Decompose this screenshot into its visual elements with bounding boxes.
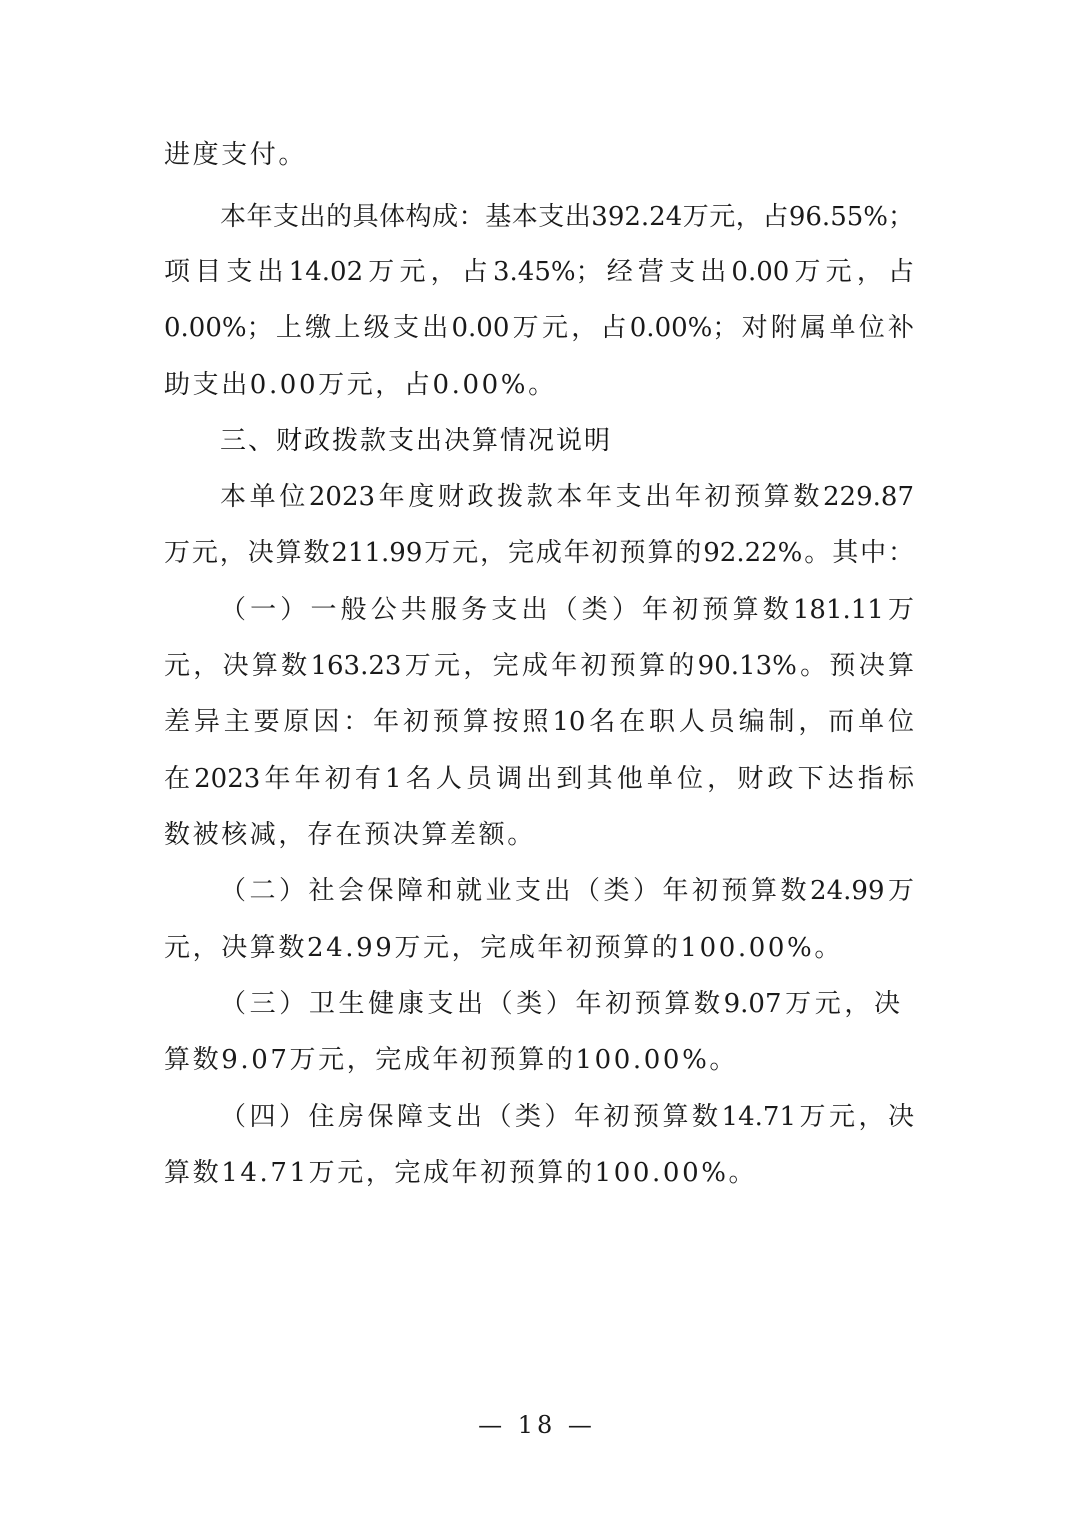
paragraph-line-total-1: 本单位2023年度财政拨款本年支出年初预算数229.87 bbox=[220, 480, 914, 514]
paragraph-line-housing-1: （四）住房保障支出（类）年初预算数14.71万元，决 bbox=[220, 1100, 914, 1134]
paragraph-line-general-public-5: 数被核减，存在预决算差额。 bbox=[164, 818, 914, 852]
paragraph-line-continuation: 进度支付。 bbox=[164, 138, 914, 172]
paragraph-line-general-public-4: 在2023年年初有1名人员调出到其他单位，财政下达指标 bbox=[164, 762, 914, 796]
paragraph-line-housing-2: 算数14.71万元，完成年初预算的100.00%。 bbox=[164, 1156, 914, 1190]
paragraph-line-social-security-2: 元，决算数24.99万元，完成年初预算的100.00%。 bbox=[164, 931, 914, 965]
paragraph-line-expense-composition-2: 项目支出14.02万元，占3.45%；经营支出0.00万元，占 bbox=[164, 255, 914, 289]
paragraph-line-expense-composition-1: 本年支出的具体构成：基本支出392.24万元，占96.55%； bbox=[220, 200, 914, 234]
section-heading: 三、财政拨款支出决算情况说明 bbox=[220, 424, 612, 458]
document-page: 进度支付。 本年支出的具体构成：基本支出392.24万元，占96.55%； 项目… bbox=[0, 0, 1074, 1520]
paragraph-line-expense-composition-4: 助支出0.00万元，占0.00%。 bbox=[164, 368, 914, 402]
paragraph-line-total-2: 万元，决算数211.99万元，完成年初预算的92.22%。其中： bbox=[164, 536, 914, 570]
paragraph-line-social-security-1: （二）社会保障和就业支出（类）年初预算数24.99万 bbox=[220, 874, 914, 908]
paragraph-line-general-public-1: （一）一般公共服务支出（类）年初预算数181.11万 bbox=[220, 593, 914, 627]
paragraph-line-health-2: 算数9.07万元，完成年初预算的100.00%。 bbox=[164, 1043, 914, 1077]
paragraph-line-health-1: （三）卫生健康支出（类）年初预算数9.07万元，决 bbox=[220, 987, 900, 1021]
page-number: — 18 — bbox=[0, 1410, 1074, 1440]
paragraph-line-general-public-3: 差异主要原因：年初预算按照10名在职人员编制，而单位 bbox=[164, 705, 914, 739]
paragraph-line-expense-composition-3: 0.00%；上缴上级支出0.00万元，占0.00%；对附属单位补 bbox=[164, 311, 914, 345]
paragraph-line-general-public-2: 元，决算数163.23万元，完成年初预算的90.13%。预决算 bbox=[164, 649, 914, 683]
